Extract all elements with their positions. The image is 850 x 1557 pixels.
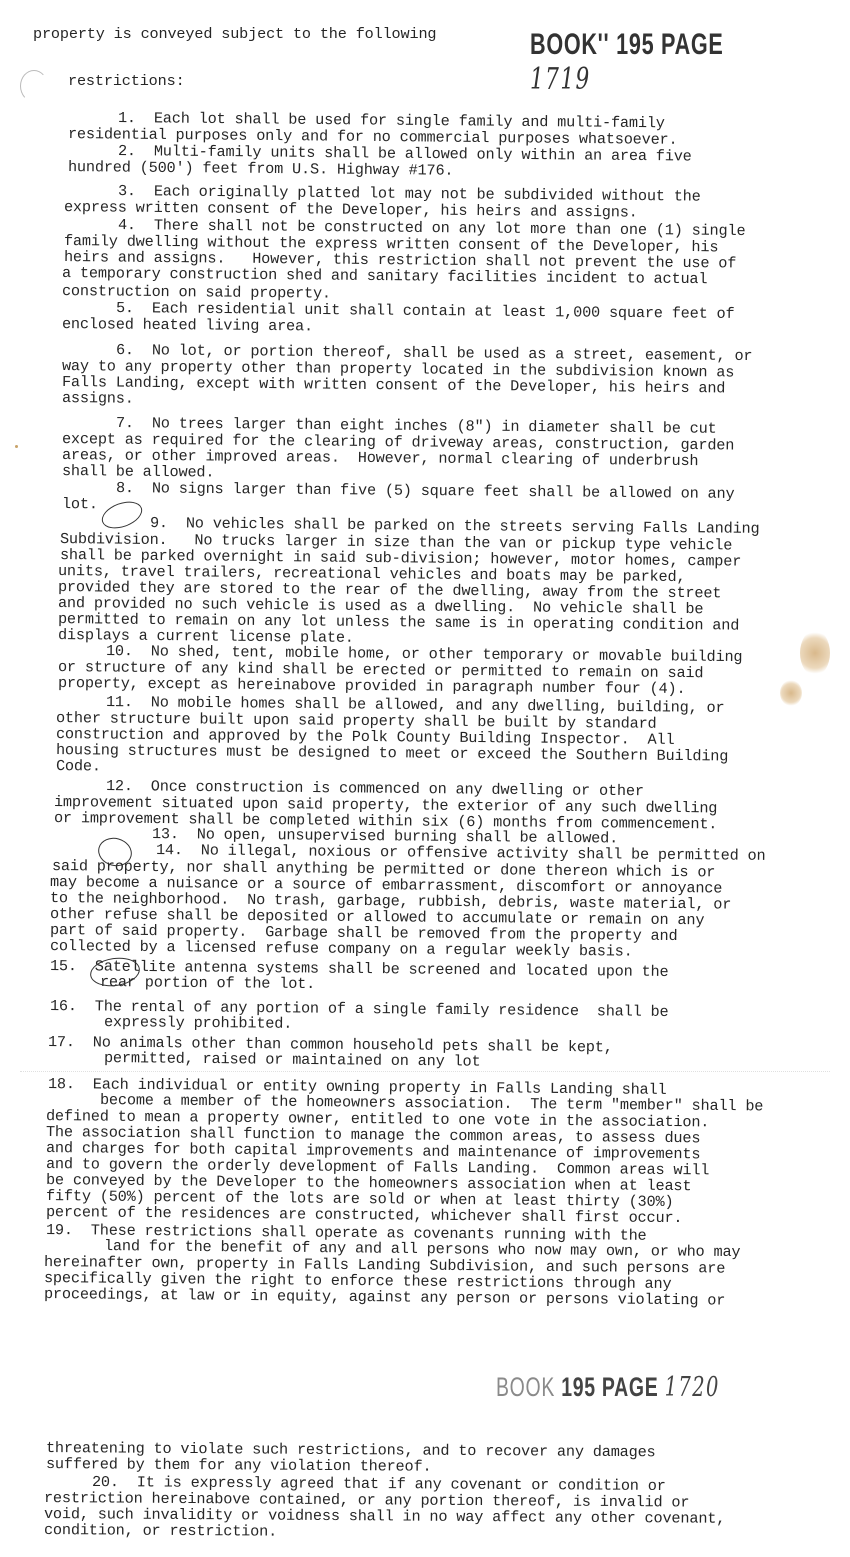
- stamp-book-number: 195: [561, 1372, 596, 1402]
- punch-hole-mark: [20, 70, 48, 102]
- document-line: enclosed heated living area.: [62, 316, 313, 334]
- document-line: hundred (500') feet from U.S. Highway #1…: [68, 159, 454, 179]
- stain-mark: [800, 630, 830, 676]
- page-break-line: [20, 1071, 830, 1072]
- book-page-stamp-bottom: BOOK 195 PAGE 1720: [496, 1372, 720, 1403]
- document-line: expressly prohibited.: [104, 1014, 292, 1032]
- handwritten-circle-9: [98, 497, 146, 534]
- document-line: lot.: [62, 496, 98, 512]
- document-line: shall be allowed.: [62, 463, 215, 480]
- document-line: condition, or restriction.: [44, 1522, 277, 1540]
- stamp-page-number: 1719: [530, 62, 591, 97]
- stain-mark: [780, 680, 802, 706]
- intro-line-2: restrictions:: [68, 73, 185, 89]
- stamp-book-label: BOOK'' 195: [530, 28, 654, 61]
- document-line: 8. No signs larger than five (5) square …: [116, 480, 735, 502]
- document-line: permitted, raised or maintained on any l…: [104, 1050, 481, 1070]
- book-page-stamp-top: BOOK'' 195 PAGE 1719: [530, 28, 760, 97]
- document-line: assigns.: [62, 390, 134, 407]
- document-line: Code.: [56, 758, 101, 774]
- intro-line-1: property is conveyed subject to the foll…: [33, 26, 436, 42]
- stamp-page-number: 1720: [665, 1372, 720, 1403]
- stamp-page-label: PAGE: [602, 1372, 659, 1402]
- speck-mark: [15, 445, 18, 448]
- document-line: suffered by them for any violation there…: [46, 1456, 432, 1475]
- stamp-page-label: PAGE: [661, 28, 723, 61]
- stamp-book-label: BOOK: [496, 1372, 555, 1402]
- document-line: collected by a licensed refuse company o…: [50, 938, 633, 960]
- deed-restrictions-page: property is conveyed subject to the foll…: [0, 0, 850, 1557]
